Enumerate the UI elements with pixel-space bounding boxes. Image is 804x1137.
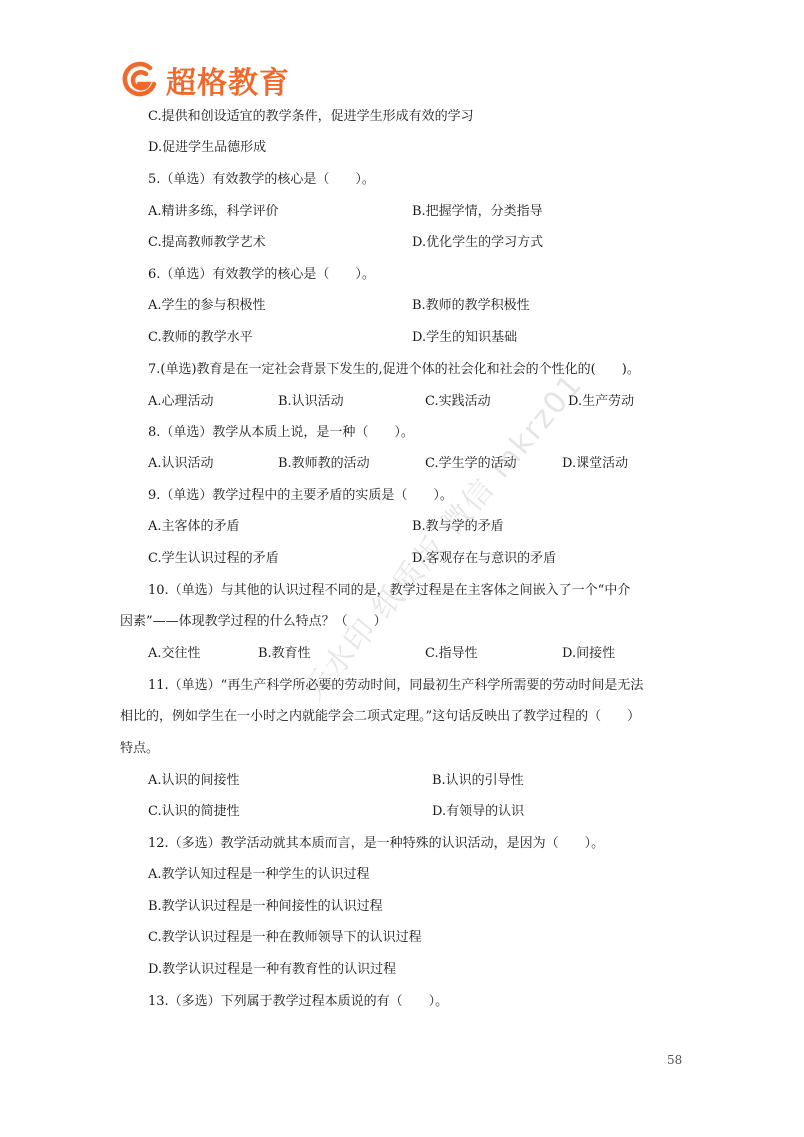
option-a: A.认识的间接性 bbox=[148, 773, 240, 789]
logo-text: 超格教育 bbox=[166, 58, 290, 102]
option-b: B.教师教的活动 bbox=[278, 456, 370, 472]
question-text: 13.（多选）下列属于教学过程本质说的有（ ）。 bbox=[148, 994, 448, 1010]
option-a: A.精讲多练，科学评价 bbox=[148, 204, 279, 220]
question-text: 相比的，例如学生在一小时之内就能学会二项式定理。”这句话反映出了教学过程的（ ） bbox=[120, 709, 640, 725]
option-a: A.学生的参与积极性 bbox=[148, 298, 266, 314]
option-c: C.学生认识过程的矛盾 bbox=[148, 551, 279, 567]
option-d: D.课堂活动 bbox=[562, 456, 628, 472]
option-c: C.教学认识过程是一种在教师领导下的认识过程 bbox=[148, 930, 422, 946]
option-c: C.学生学的活动 bbox=[425, 456, 517, 472]
question-text: 7.(单选)教育是在一定社会背景下发生的,促进个体的社会化和社会的个性化的( )… bbox=[148, 362, 640, 378]
question-text: 11.（单选）“再生产科学所必要的劳动时间，同最初生产科学所需要的劳动时间是无法 bbox=[148, 678, 643, 694]
option-text: D.促进学生品德形成 bbox=[148, 140, 266, 156]
option-a: A.心理活动 bbox=[148, 394, 214, 410]
option-b: B.教与学的矛盾 bbox=[412, 519, 504, 535]
question-text: 10.（单选）与其他的认识过程不同的是，教学过程是在主客体之间嵌入了一个“中介 bbox=[148, 583, 630, 599]
option-b: B.认识活动 bbox=[278, 394, 344, 410]
question-text: 6.（单选）有效教学的核心是（ ）。 bbox=[148, 267, 375, 283]
option-a: A.认识活动 bbox=[148, 456, 214, 472]
option-c: C.教师的教学水平 bbox=[148, 330, 253, 346]
question-text: 8.（单选）教学从本质上说，是一种（ ）。 bbox=[148, 425, 414, 441]
option-c: C.实践活动 bbox=[425, 394, 491, 410]
option-a: A.教学认知过程是一种学生的认识过程 bbox=[148, 867, 370, 883]
question-text: 9.（单选）教学过程中的主要矛盾的实质是（ ）。 bbox=[148, 488, 453, 504]
question-text: 5.（单选）有效教学的核心是（ ）。 bbox=[148, 172, 375, 188]
option-d: D.学生的知识基础 bbox=[412, 330, 517, 346]
option-b: B.认识的引导性 bbox=[432, 773, 524, 789]
option-a: A.交往性 bbox=[148, 646, 201, 662]
option-d: D.有领导的认识 bbox=[432, 804, 524, 820]
option-c: C.指导性 bbox=[425, 646, 478, 662]
question-text: 12.（多选）教学活动就其本质而言，是一种特殊的认识活动，是因为（ ）。 bbox=[148, 836, 604, 852]
page-number: 58 bbox=[667, 1053, 682, 1067]
option-d: D.教学认识过程是一种有教育性的认识过程 bbox=[148, 962, 396, 978]
option-b: B.教学认识过程是一种间接性的认识过程 bbox=[148, 899, 383, 915]
option-b: B.教育性 bbox=[258, 646, 311, 662]
option-b: B.把握学情，分类指导 bbox=[412, 204, 543, 220]
option-b: B.教师的教学积极性 bbox=[412, 298, 530, 314]
option-c: C.提高教师教学艺术 bbox=[148, 235, 266, 251]
option-d: D.间接性 bbox=[562, 646, 615, 662]
option-d: D.生产劳动 bbox=[568, 394, 634, 410]
brand-logo: 超格教育 bbox=[120, 60, 290, 100]
question-text: 因素”——体现教学过程的什么特点？（ ） bbox=[120, 614, 387, 630]
option-d: D.优化学生的学习方式 bbox=[412, 235, 543, 251]
logo-icon bbox=[120, 60, 162, 100]
option-d: D.客观存在与意识的矛盾 bbox=[412, 551, 556, 567]
option-c: C.认识的简捷性 bbox=[148, 804, 240, 820]
option-a: A.主客体的矛盾 bbox=[148, 519, 240, 535]
option-text: C.提供和创设适宜的教学条件，促进学生形成有效的学习 bbox=[148, 109, 474, 125]
question-text: 特点。 bbox=[120, 741, 159, 757]
